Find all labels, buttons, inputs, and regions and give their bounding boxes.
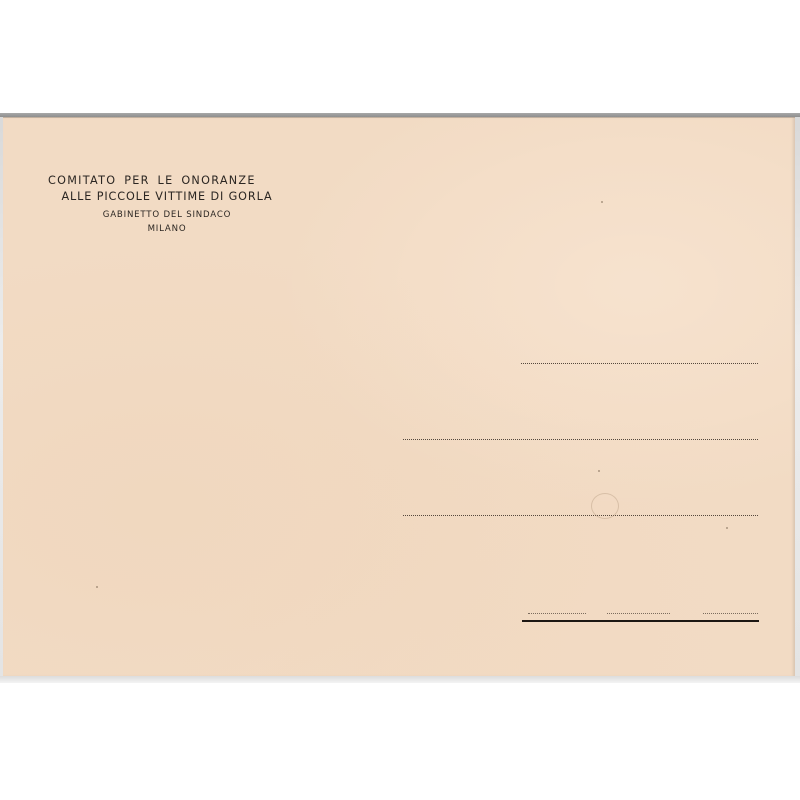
sender-header: COMITATO PER LE ONORANZE ALLE PICCOLE VI… — [48, 173, 286, 236]
header-city-line: MILANO — [48, 222, 286, 236]
address-underline-rule — [522, 620, 759, 622]
paper-speck — [601, 201, 603, 203]
postcard-scan: COMITATO PER LE ONORANZE ALLE PICCOLE VI… — [0, 0, 800, 800]
paper-speck — [96, 586, 98, 588]
address-line-1 — [521, 363, 758, 364]
address-line-2 — [403, 439, 758, 440]
header-office-line: GABINETTO DEL SINDACO — [48, 208, 286, 222]
address-line-4-segment-1 — [528, 613, 586, 614]
card-bottom-edge — [0, 676, 800, 683]
header-committee-line: COMITATO PER LE ONORANZE — [48, 173, 286, 189]
address-line-3 — [403, 515, 758, 516]
paper-speck — [726, 527, 728, 529]
address-line-4-segment-2 — [607, 613, 670, 614]
card-top-edge — [0, 113, 800, 117]
header-victims-line: ALLE PICCOLE VITTIME DI GORLA — [48, 189, 286, 205]
paper-speck — [598, 470, 600, 472]
address-line-4-segment-3 — [703, 613, 758, 614]
faint-circle-mark — [591, 493, 619, 519]
